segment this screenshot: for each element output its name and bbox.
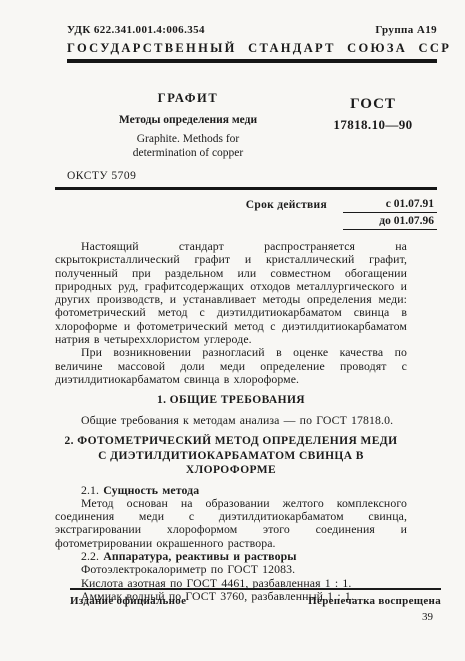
section-2-heading-line2: С ДИЭТИЛДИТИОКАРБАМАТОМ СВИНЦА В ХЛОРОФО… (55, 449, 407, 478)
paragraph-scope: Настоящий стандарт распространяется на с… (55, 240, 407, 346)
document-body: Настоящий стандарт распространяется на с… (55, 240, 437, 603)
section-1-body: Общие требования к методам анализа — по … (55, 414, 407, 427)
page-footer: Издание официальное Перепечатка воспреще… (70, 588, 441, 623)
validity-dates: с 01.07.91 до 01.07.96 (343, 198, 437, 230)
validity-label: Срок действия (246, 198, 327, 230)
gost-standard-page: УДК 622.341.001.4:006.354 Группа А19 ГОС… (0, 0, 465, 661)
validity-to: до 01.07.96 (343, 213, 437, 230)
divider-rule (55, 187, 437, 190)
section-1-heading: 1. ОБЩИЕ ТРЕБОВАНИЯ (55, 393, 407, 408)
validity-block: Срок действия с 01.07.91 до 01.07.96 (55, 198, 437, 230)
title-block: ГРАФИТ Методы определения меди Graphite.… (67, 91, 437, 160)
clause-2-1-title: 2.1. Сущность метода (55, 484, 407, 497)
document-titles: ГРАФИТ Методы определения меди Graphite.… (67, 91, 309, 160)
section-2-heading: 2. ФОТОМЕТРИЧЕСКИЙ МЕТОД ОПРЕДЕЛЕНИЯ МЕД… (55, 434, 407, 478)
clause-2-1-number: 2.1. (81, 483, 99, 497)
header-rule (67, 59, 437, 63)
edition-note: Издание официальное (70, 595, 186, 607)
clause-2-2-name: Аппаратура, реактивы и растворы (103, 549, 296, 563)
gost-number-block: ГОСТ 17818.10—90 (309, 91, 437, 160)
clause-2-2-number: 2.2. (81, 549, 99, 563)
gost-label: ГОСТ (309, 96, 437, 113)
document-title-ru: ГРАФИТ (67, 91, 309, 106)
state-standard-title: ГОСУДАРСТВЕННЫЙ СТАНДАРТ СОЮЗА ССР (67, 41, 437, 56)
clause-2-1-name: Сущность метода (103, 483, 199, 497)
reprint-note: Перепечатка воспрещена (308, 595, 441, 607)
footer-rule (70, 588, 441, 590)
page-header: УДК 622.341.001.4:006.354 Группа А19 ГОС… (67, 24, 437, 63)
okstu-code: ОКСТУ 5709 (67, 170, 437, 182)
gost-number: 17818.10—90 (309, 117, 437, 133)
clause-2-1-body: Метод основан на образовании желтого ком… (55, 497, 407, 550)
page-number: 39 (70, 611, 441, 623)
document-title-en-line2: determination of copper (67, 147, 309, 161)
reagent-item: Фотоэлектрокалориметр по ГОСТ 12083. (55, 563, 407, 576)
group-code: Группа А19 (375, 24, 437, 36)
paragraph-arbitration: При возникновении разногласий в оценке к… (55, 346, 407, 386)
udk-code: УДК 622.341.001.4:006.354 (67, 24, 205, 36)
validity-from: с 01.07.91 (343, 198, 437, 213)
clause-2-2-title: 2.2. Аппаратура, реактивы и растворы (55, 550, 407, 563)
document-subtitle-ru: Методы определения меди (67, 114, 309, 126)
document-title-en-line1: Graphite. Methods for (67, 133, 309, 147)
document-title-en: Graphite. Methods for determination of c… (67, 133, 309, 160)
section-2-heading-line1: 2. ФОТОМЕТРИЧЕСКИЙ МЕТОД ОПРЕДЕЛЕНИЯ МЕД… (55, 434, 407, 449)
